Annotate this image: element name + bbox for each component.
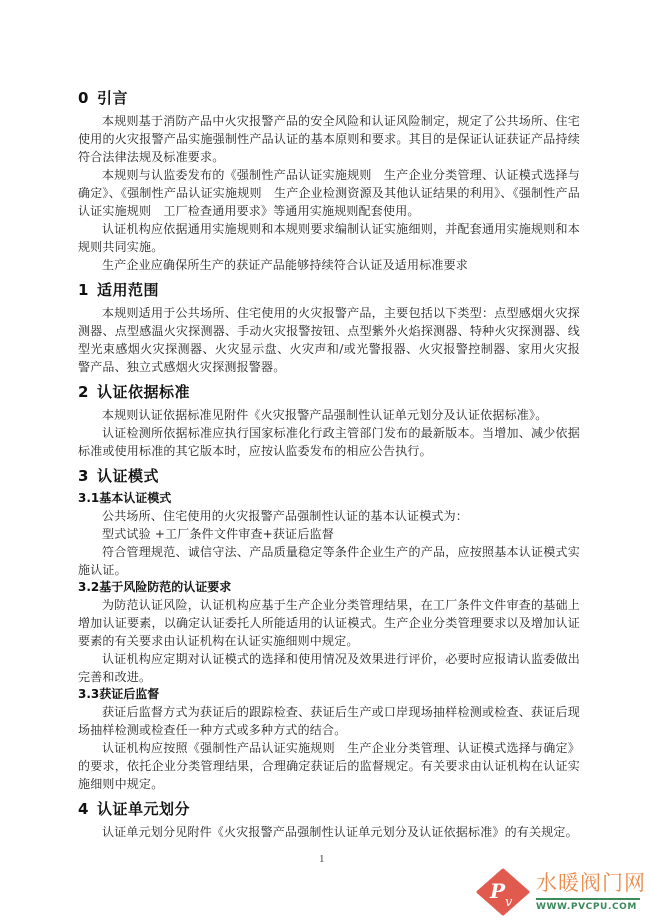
subsection-title: 获证后监督 xyxy=(99,687,159,701)
document-page: 0引言 本规则基于消防产品中火灾报警产品的安全风险和认证风险制定，规定了公共场所… xyxy=(78,88,580,847)
paragraph: 本规则适用于公共场所、住宅使用的火灾报警产品，主要包括以下类型：点型感烟火灾探测… xyxy=(78,304,580,376)
paragraph: 为防范认证风险，认证机构应基于生产企业分类管理结果，在工厂条件文件审查的基础上增… xyxy=(78,596,580,650)
svg-text:v: v xyxy=(505,895,513,910)
paragraph: 认证单元划分见附件《火灾报警产品强制性认证单元划分及认证依据标准》的有关规定。 xyxy=(78,823,580,841)
page-number: 1 xyxy=(319,853,325,865)
paragraph: 认证机构应定期对认证模式的选择和使用情况及效果进行评价，必要时应报请认监委做出完… xyxy=(78,650,580,686)
svg-text:P: P xyxy=(489,879,506,903)
section-number: 0 xyxy=(78,89,89,107)
subsection-title: 基本认证模式 xyxy=(99,491,171,505)
paragraph: 认证机构应按照《强制性产品认证实施规则 生产企业分类管理、认证模式选择与确定》的… xyxy=(78,739,580,793)
paragraph: 符合管理规范、诚信守法、产品质量稳定等条件企业生产的产品，应按照基本认证模式实施… xyxy=(78,543,580,579)
subsection-3-3: 3.3获证后监督 获证后监督方式为获证后的跟踪检查、获证后生产或口岸现场抽样检测… xyxy=(78,686,580,793)
section-number: 1 xyxy=(78,281,89,299)
paragraph: 本规则基于消防产品中火灾报警产品的安全风险和认证风险制定，规定了公共场所、住宅使… xyxy=(78,112,580,166)
section-title: 认证模式 xyxy=(97,467,159,485)
paragraph: 本规则与认监委发布的《强制性产品认证实施规则 生产企业分类管理、认证模式选择与确… xyxy=(78,166,580,220)
watermark-url: WWW.PVCPU.COM xyxy=(536,902,637,913)
section-title: 引言 xyxy=(97,89,128,107)
subsection-title: 基于风险防范的认证要求 xyxy=(99,580,231,594)
subsection-heading: 3.1基本认证模式 xyxy=(78,490,580,507)
section-title: 认证依据标准 xyxy=(97,383,190,401)
section-1: 1适用范围 本规则适用于公共场所、住宅使用的火灾报警产品，主要包括以下类型：点型… xyxy=(78,280,580,376)
section-title: 适用范围 xyxy=(97,281,159,299)
watermark-divider xyxy=(536,898,640,900)
paragraph: 本规则认证依据标准见附件《火灾报警产品强制性认证单元划分及认证依据标准》。 xyxy=(78,406,580,424)
section-0: 0引言 本规则基于消防产品中火灾报警产品的安全风险和认证风险制定，规定了公共场所… xyxy=(78,88,580,274)
subsection-number: 3.2 xyxy=(78,580,99,594)
subsection-3-1: 3.1基本认证模式 公共场所、住宅使用的火灾报警产品强制性认证的基本认证模式为：… xyxy=(78,490,580,579)
section-number: 3 xyxy=(78,467,89,485)
paragraph: 认证机构应依据通用实施规则和本规则要求编制认证实施细则，并配套通用实施规则和本规… xyxy=(78,220,580,256)
pv-logo-icon: P v xyxy=(476,868,530,916)
section-2: 2认证依据标准 本规则认证依据标准见附件《火灾报警产品强制性认证单元划分及认证依… xyxy=(78,382,580,460)
section-heading: 3认证模式 xyxy=(78,466,580,486)
section-3: 3认证模式 3.1基本认证模式 公共场所、住宅使用的火灾报警产品强制性认证的基本… xyxy=(78,466,580,793)
section-heading: 2认证依据标准 xyxy=(78,382,580,402)
paragraph: 公共场所、住宅使用的火灾报警产品强制性认证的基本认证模式为： xyxy=(78,507,580,525)
section-number: 2 xyxy=(78,383,89,401)
section-heading: 1适用范围 xyxy=(78,280,580,300)
section-4: 4认证单元划分 认证单元划分见附件《火灾报警产品强制性认证单元划分及认证依据标准… xyxy=(78,799,580,841)
section-number: 4 xyxy=(78,800,89,818)
paragraph: 型式试验 +工厂条件文件审查+获证后监督 xyxy=(78,525,580,543)
section-title: 认证单元划分 xyxy=(97,800,190,818)
subsection-3-2: 3.2基于风险防范的认证要求 为防范认证风险，认证机构应基于生产企业分类管理结果… xyxy=(78,579,580,686)
subsection-heading: 3.3获证后监督 xyxy=(78,686,580,703)
section-heading: 0引言 xyxy=(78,88,580,108)
paragraph: 获证后监督方式为获证后的跟踪检查、获证后生产或口岸现场抽样检测或检查、获证后现场… xyxy=(78,703,580,739)
watermark: P v 水暖阀门网 WWW.PVCPU.COM xyxy=(474,866,644,918)
watermark-site-name: 水暖阀门网 xyxy=(536,870,646,896)
paragraph: 生产企业应确保所生产的获证产品能够持续符合认证及适用标准要求 xyxy=(78,256,580,274)
subsection-heading: 3.2基于风险防范的认证要求 xyxy=(78,579,580,596)
subsection-number: 3.3 xyxy=(78,687,99,701)
section-heading: 4认证单元划分 xyxy=(78,799,580,819)
subsection-number: 3.1 xyxy=(78,491,99,505)
paragraph: 认证检测所依据标准应执行国家标准化行政主管部门发布的最新版本。当增加、减少依据标… xyxy=(78,424,580,460)
